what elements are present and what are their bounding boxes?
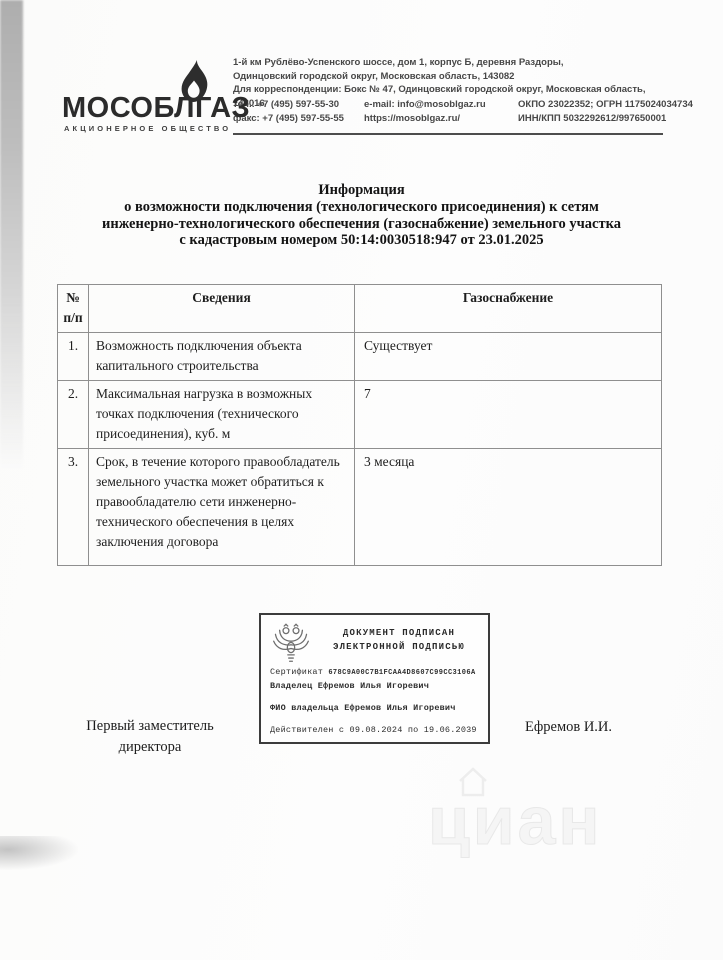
row-info: Максимальная нагрузка в возможных точках… [89,381,355,449]
email-line: e-mail: info@mosoblgaz.ru [364,98,486,112]
header-num-line: п/п [60,308,86,328]
cian-watermark: циан [428,782,603,860]
contact-registry: ОКПО 23022352; ОГРН 1175024034734 ИНН/КП… [518,98,693,126]
table-header-row: № п/п Сведения Газоснабжение [58,285,662,333]
company-logo-subtitle: АКЦИОНЕРНОЕ ОБЩЕСТВО [64,124,244,133]
certificate-value: 678C9A00C7B1FCAA4D8607C99CC3106A [328,669,475,677]
contact-web: e-mail: info@mosoblgaz.ru https://mosobl… [364,98,486,126]
watermark-text: циан [428,783,603,859]
stamp-title-line: ДОКУМЕНТ ПОДПИСАН [317,626,481,640]
scanned-document-page: циан МОСОБЛГАЗ АКЦИОНЕРНОЕ ОБЩЕСТВО 1-й … [0,0,723,960]
signer-position: Первый заместитель директора [78,716,222,758]
stamp-certificate-line: Сертификат 678C9A00C7B1FCAA4D8607C99CC31… [270,667,476,677]
stamp-title-line: ЭЛЕКТРОННОЙ ПОДПИСЬЮ [317,640,481,654]
address-line: 1-й км Рублёво-Успенского шоссе, дом 1, … [233,56,673,70]
table-row: 2. Максимальная нагрузка в возможных точ… [58,381,662,449]
info-table: № п/п Сведения Газоснабжение 1. Возможно… [57,284,662,566]
inn-kpp-line: ИНН/КПП 5032292612/997650001 [518,112,693,126]
table-row: 1. Возможность подключения объекта капит… [58,333,662,381]
house-watermark-icon [456,766,490,798]
document-title: Информация о возможности подключения (те… [40,182,683,249]
table-row: 3. Срок, в течение которого правообладат… [58,449,662,566]
coat-of-arms-eagle-icon [270,622,312,664]
row-value: 3 месяца [355,449,662,566]
title-line: о возможности подключения (технологическ… [40,199,683,216]
row-num: 2. [58,381,89,449]
header-cell-info: Сведения [89,285,355,333]
scan-shadow-bottom-left [0,836,78,870]
title-line: инженерно-технологического обеспечения (… [40,216,683,233]
title-line: с кадастровым номером 50:14:0030518:947 … [40,232,683,249]
title-line: Информация [40,182,683,199]
row-num: 3. [58,449,89,566]
company-logo-name: МОСОБЛГАЗ [62,92,237,125]
row-num: 1. [58,333,89,381]
stamp-owner-line: Владелец Ефремов Илья Игоревич [270,681,429,691]
signer-position-line: Первый заместитель [78,716,222,737]
okpo-ogrn-line: ОКПО 23022352; ОГРН 1175024034734 [518,98,693,112]
row-value: Существует [355,333,662,381]
letterhead-divider [233,133,663,135]
header-cell-num: № п/п [58,285,89,333]
header-cell-value: Газоснабжение [355,285,662,333]
row-info: Срок, в течение которого правообладатель… [89,449,355,566]
signer-position-line: директора [78,737,222,758]
row-value: 7 [355,381,662,449]
website-line: https://mosoblgaz.ru/ [364,112,486,126]
address-line: Одинцовский городской округ, Московская … [233,70,673,84]
electronic-signature-stamp: ДОКУМЕНТ ПОДПИСАН ЭЛЕКТРОННОЙ ПОДПИСЬЮ С… [259,613,490,744]
certificate-label: Сертификат [270,667,323,677]
flame-icon [181,60,208,102]
row-info: Возможность подключения объекта капиталь… [89,333,355,381]
stamp-fio-line: ФИО владельца Ефремов Илья Игоревич [270,703,456,713]
stamp-validity-line: Действителен с 09.08.2024 по 19.06.2039 [270,725,477,735]
signer-name: Ефремов И.И. [525,719,612,736]
header-num-line: № [60,288,86,308]
scan-shadow-left [0,0,23,470]
stamp-title: ДОКУМЕНТ ПОДПИСАН ЭЛЕКТРОННОЙ ПОДПИСЬЮ [317,626,481,654]
